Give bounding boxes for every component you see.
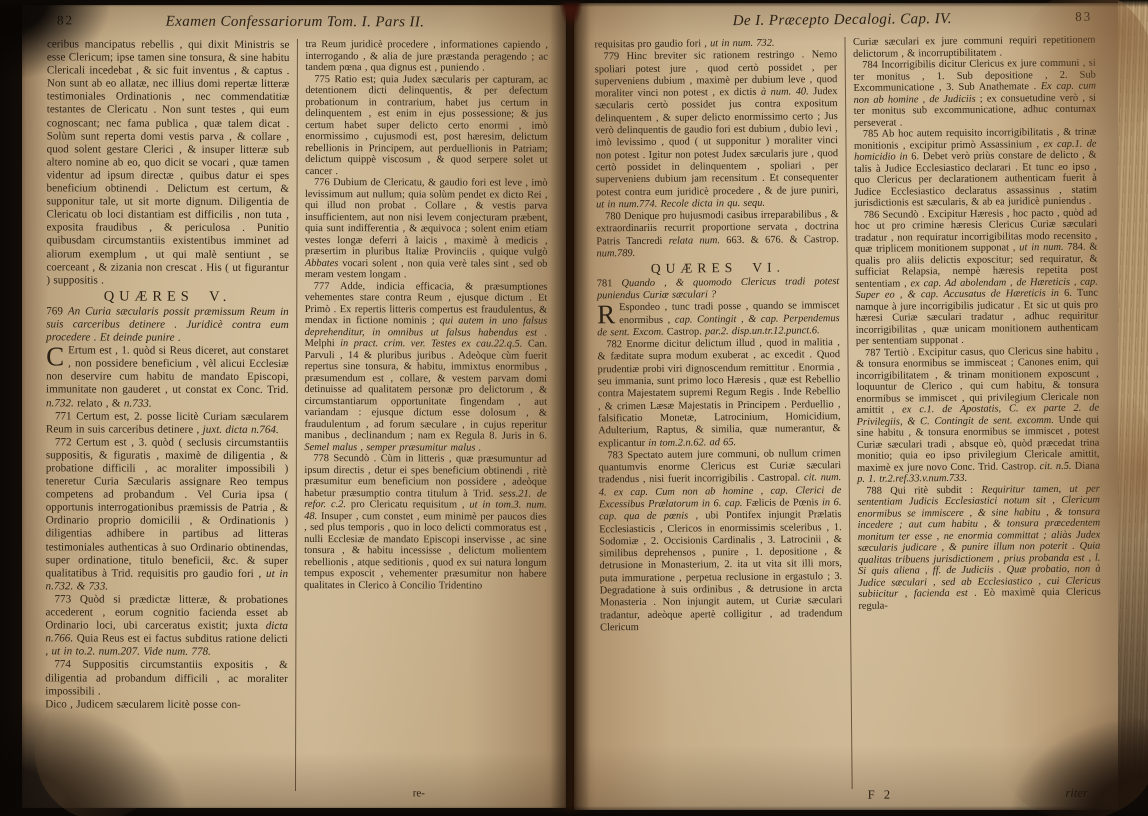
paragraph: 785 Ab hoc autem requisito incorrigibili… [854,127,1097,210]
paragraph: 773 Quòd si prædictæ litteræ, & probatio… [45,593,288,659]
paragraph: 774 Suppositis circumstantiis expositis … [45,659,288,699]
paragraph: 779 Hinc breviter sic rationem restringo… [595,49,839,211]
left-column-2: tra Reum juridicè procedere , informatio… [294,39,554,792]
right-running-title: De I. Præcepto Decalogi. Cap. IV. [570,9,1114,31]
paragraph: 786 Secundò . Excipitur Hæresis , hoc pa… [855,207,1099,347]
right-catchword: riter [1065,786,1087,801]
right-page-header: De I. Præcepto Decalogi. Cap. IV. 83 [570,0,1114,37]
paragraph: 782 Enorme dicitur delictum illud , quod… [597,337,841,450]
left-page-header: 82 Examen Confessariorum Tom. I. Pars II… [23,4,567,37]
paragraph: 772 Certum est , 3. quòd ( seclusis circ… [46,436,289,594]
paragraph: Dico , Judicem sæcularem licitè posse co… [45,698,288,712]
paragraph: 777 Adde, indicia efficacia, & præsumpti… [304,281,547,454]
right-page-columns: requisitas pro gaudio fori , ut in num. … [570,32,1121,791]
left-page-columns: ceribus mancipatus rebellis , qui dixit … [21,36,567,791]
paragraph: ceribus mancipatus rebellis , qui dixit … [46,38,289,287]
right-column-1: requisitas pro gaudio fori , ut in num. … [586,37,851,791]
left-column-1: ceribus mancipatus rebellis , qui dixit … [37,38,296,791]
book-scan: 82 Examen Confessariorum Tom. I. Pars II… [0,0,1148,816]
paragraph: tra Reum juridicè procedere , informatio… [305,39,548,74]
paragraph: 776 Dubium de Clericatu, & gaudio fori e… [305,177,548,281]
paragraph: 788 Qui ritè subdit : Requiritur tamen, … [857,483,1101,612]
left-catchword: re- [413,787,425,799]
right-page: De I. Præcepto Decalogi. Cap. IV. 83 req… [574,3,1118,810]
paragraph: 775 Ratio est; quia Judex sæcularis per … [305,74,548,178]
paragraph: 778 Secundò . Cùm in litteris , quæ præs… [304,453,547,592]
signature-mark: F 2 [868,788,893,803]
section-heading: QUÆRES V. [46,290,289,304]
question-paragraph: 769 An Curia sæcularis possit præmissum … [46,305,289,345]
paragraph: 784 Incorrigibilis dicitur Clericus ex j… [853,58,1096,129]
left-page: 82 Examen Confessariorum Tom. I. Pars II… [22,5,566,808]
paragraph: 771 Certum est, 2. posse licitè Curiam s… [46,410,289,437]
section-heading: QUÆRES VI. [597,261,840,276]
right-column-2: Curiæ sæculari ex jure communi requiri r… [844,35,1110,789]
paragraph: REspondeo , tunc tradi posse , quando se… [597,300,840,339]
signature-row: F 2 riter [868,786,1088,803]
left-running-title: Examen Confessariorum Tom. I. Pars II. [23,13,567,31]
paragraph: 780 Denique pro hujusmodi casibus irrepa… [596,209,839,261]
drop-cap: C [46,345,68,369]
right-page-number: 83 [1075,9,1092,25]
paragraph: 787 Tertiò . Excipitur casus, quo Cleric… [856,345,1100,485]
drop-cap: R [597,302,619,326]
paragraph: CErtum est , 1. quòd si Reus diceret, au… [46,345,289,411]
paragraph: 783 Spectato autem jure communi, ob null… [598,448,842,635]
question-paragraph: 781 Quando , & quomodo Clericus tradi po… [597,276,840,303]
paragraph: Curiæ sæculari ex jure communi requiri r… [853,35,1096,60]
page-stack-edge [1118,0,1148,816]
